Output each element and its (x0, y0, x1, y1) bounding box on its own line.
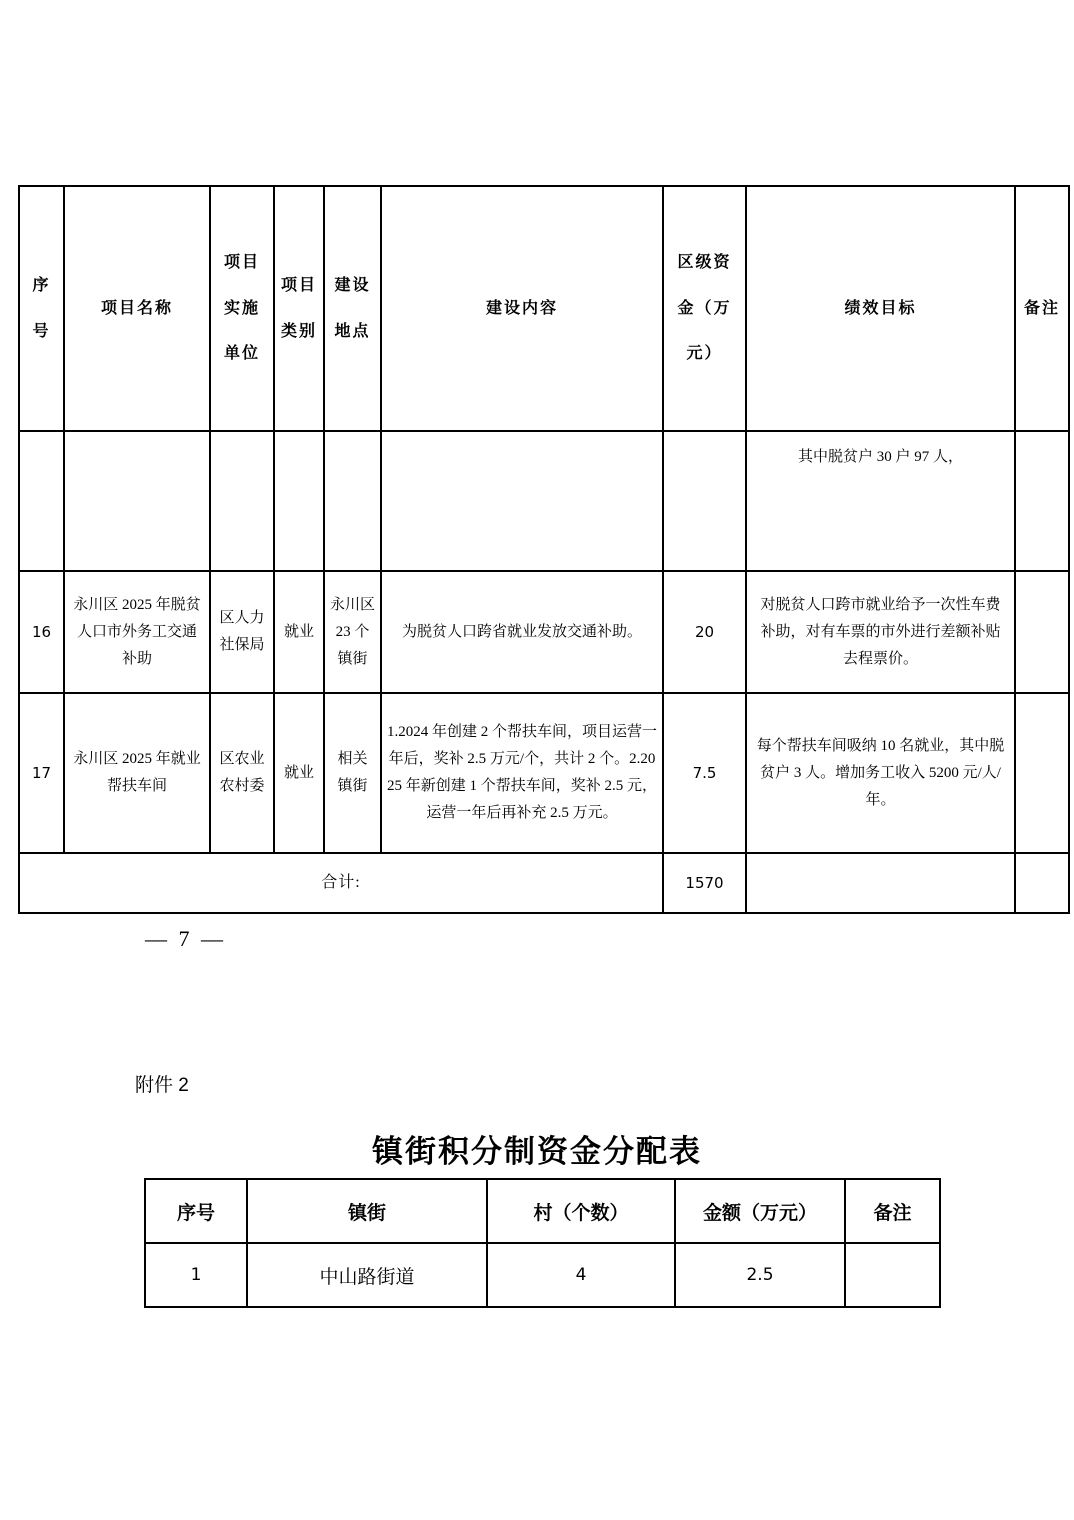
project-fund-table: 序号 项目名称 项目实施单位 项目类别 建设地点 建设内容 区级资金（万元） 绩… (18, 185, 1070, 914)
cell-fund: 20 (663, 571, 746, 693)
col-header-note: 备注 (1015, 186, 1069, 431)
cell-note (1015, 431, 1069, 571)
table-row-carryover: 其中脱贫户 30 户 97 人， (19, 431, 1069, 571)
col-header-town: 镇街 (247, 1179, 487, 1243)
cell-unit (210, 431, 274, 571)
table-row-1: 1 中山路街道 4 2.5 (145, 1243, 940, 1307)
col-header-location: 建设地点 (324, 186, 381, 431)
cell-content: 1.2024 年创建 2 个帮扶车间，项目运营一年后，奖补 2.5 万元/个，共… (381, 693, 663, 853)
col-header-seq: 序号 (145, 1179, 247, 1243)
cell-location (324, 431, 381, 571)
col-header-note: 备注 (845, 1179, 940, 1243)
cell-category (274, 431, 324, 571)
attachment-label: 附件 2 (135, 1070, 189, 1097)
cell-seq (19, 431, 64, 571)
cell-note (1015, 571, 1069, 693)
cell-content (381, 431, 663, 571)
cell-unit: 区人力社保局 (210, 571, 274, 693)
col-header-project-name: 项目名称 (64, 186, 210, 431)
col-header-village-count: 村（个数） (487, 1179, 675, 1243)
col-header-implementing-unit: 项目实施单位 (210, 186, 274, 431)
table-row-16: 16 永川区 2025 年脱贫人口市外务工交通补助 区人力社保局 就业 永川区 … (19, 571, 1069, 693)
col-header-category: 项目类别 (274, 186, 324, 431)
cell-amount: 2.5 (675, 1243, 845, 1307)
col-header-content: 建设内容 (381, 186, 663, 431)
cell-note (1015, 693, 1069, 853)
total-label: 合计: (19, 853, 663, 913)
table-row-total: 合计: 1570 (19, 853, 1069, 913)
cell-unit: 区农业农村委 (210, 693, 274, 853)
cell-performance-target: 每个帮扶车间吸纳 10 名就业，其中脱贫户 3 人。增加务工收入 5200 元/… (746, 693, 1015, 853)
cell-category: 就业 (274, 693, 324, 853)
col-header-seq: 序号 (19, 186, 64, 431)
col-header-amount: 金额（万元） (675, 1179, 845, 1243)
page-number: — 7 — (145, 926, 226, 952)
cell-town: 中山路街道 (247, 1243, 487, 1307)
cell-performance-target: 其中脱贫户 30 户 97 人， (746, 431, 1015, 571)
col-header-district-fund: 区级资金（万元） (663, 186, 746, 431)
cell-fund (663, 431, 746, 571)
cell-project-name (64, 431, 210, 571)
cell-village-count: 4 (487, 1243, 675, 1307)
cell-fund: 7.5 (663, 693, 746, 853)
document-page: 序号 项目名称 项目实施单位 项目类别 建设地点 建设内容 区级资金（万元） 绩… (0, 0, 1074, 1520)
section-title: 镇街积分制资金分配表 (0, 1126, 1074, 1171)
cell-location: 永川区 23 个镇街 (324, 571, 381, 693)
table-row-17: 17 永川区 2025 年就业帮扶车间 区农业农村委 就业 相关镇街 1.202… (19, 693, 1069, 853)
cell-note (845, 1243, 940, 1307)
cell-performance-target (746, 853, 1015, 913)
cell-note (1015, 853, 1069, 913)
header-row: 序号 镇街 村（个数） 金额（万元） 备注 (145, 1179, 940, 1243)
cell-seq: 17 (19, 693, 64, 853)
cell-performance-target: 对脱贫人口跨市就业给予一次性车费补助，对有车票的市外进行差额补贴去程票价。 (746, 571, 1015, 693)
cell-project-name: 永川区 2025 年脱贫人口市外务工交通补助 (64, 571, 210, 693)
total-fund-value: 1570 (663, 853, 746, 913)
cell-seq: 1 (145, 1243, 247, 1307)
header-row: 序号 项目名称 项目实施单位 项目类别 建设地点 建设内容 区级资金（万元） 绩… (19, 186, 1069, 431)
cell-content: 为脱贫人口跨省就业发放交通补助。 (381, 571, 663, 693)
cell-project-name: 永川区 2025 年就业帮扶车间 (64, 693, 210, 853)
cell-location: 相关镇街 (324, 693, 381, 853)
cell-seq: 16 (19, 571, 64, 693)
allocation-table: 序号 镇街 村（个数） 金额（万元） 备注 1 中山路街道 4 2.5 (144, 1178, 941, 1308)
col-header-performance-target: 绩效目标 (746, 186, 1015, 431)
cell-category: 就业 (274, 571, 324, 693)
